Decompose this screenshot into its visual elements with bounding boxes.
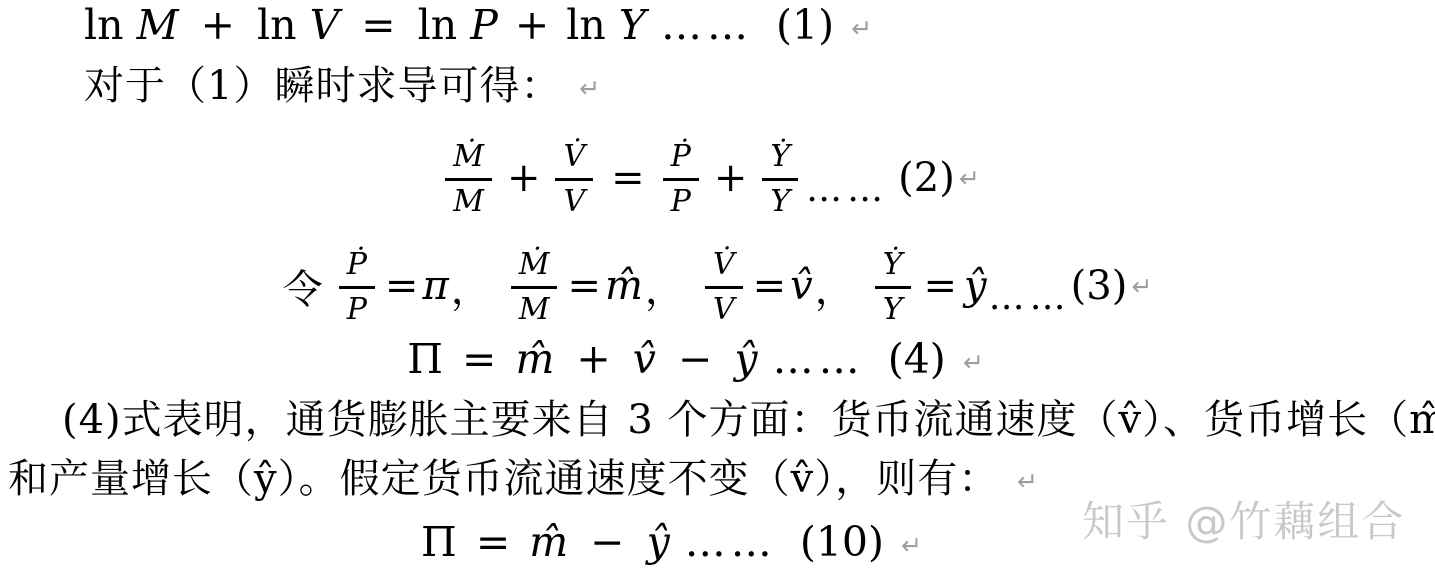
- math-ln: ln: [418, 1, 458, 49]
- dot-leader: ……: [685, 518, 777, 566]
- equals-sign: =: [385, 263, 419, 309]
- math-var-Y: Y: [619, 1, 646, 49]
- fraction-Pdot-over-P: Ṗ P: [663, 139, 699, 217]
- paragraph-text: (4)式表明，通货膨胀主要来自 3 个方面：货币流通速度（v̂）、货币增长（m̂…: [62, 397, 1435, 443]
- equation-number: (4): [888, 335, 946, 383]
- fraction-Vdot-over-V: V̇ V: [705, 247, 743, 325]
- equals-sign: =: [476, 518, 510, 566]
- equals-sign: =: [567, 263, 601, 309]
- paragraph-return-mark: ↵: [1131, 272, 1152, 301]
- equals-sign: =: [924, 263, 958, 309]
- fraction-numerator: V̇: [555, 139, 593, 181]
- intro-sentence: 对于（1）瞬时求导可得： ↵: [84, 62, 601, 110]
- math-var-y-hat: ŷ: [964, 263, 987, 309]
- fraction-numerator: Ṁ: [445, 139, 492, 181]
- math-ln: ln: [84, 1, 124, 49]
- paragraph-return-mark: ↵: [1017, 467, 1039, 496]
- plus-operator: +: [507, 155, 541, 201]
- fraction-Mdot-over-M: Ṁ M: [511, 247, 558, 325]
- comma: ，: [645, 258, 685, 315]
- comma: ，: [451, 258, 491, 315]
- fraction-denominator: Y: [762, 181, 798, 218]
- paragraph-return-mark: ↵: [959, 164, 980, 193]
- equation-4: Π = m̂ + v̂ − ŷ …… (4) ↵: [0, 336, 1413, 383]
- fraction-Pdot-over-P: Ṗ P: [339, 247, 375, 325]
- equals-sign: =: [361, 1, 395, 49]
- fraction-numerator: Ṗ: [663, 139, 699, 181]
- fraction-denominator: V: [705, 289, 743, 326]
- equation-3: 令 Ṗ P = π ， Ṁ M = m̂ ， V̇ V = v̂ ， Ẏ Y =…: [0, 240, 1435, 332]
- equation-number: (3): [1071, 263, 1128, 309]
- fraction-numerator: Ẏ: [762, 139, 798, 181]
- dot-leader: ……: [661, 1, 753, 49]
- zhihu-watermark: 知乎 @竹藕组合: [1082, 489, 1405, 549]
- math-var-m-hat: m̂: [515, 335, 554, 383]
- fraction-Mdot-over-M: Ṁ M: [445, 139, 492, 217]
- plus-operator: +: [714, 155, 748, 201]
- plus-operator: +: [201, 1, 235, 49]
- math-var-m-hat: m̂: [605, 263, 643, 309]
- intro-sentence-text: 对于（1）瞬时求导可得：: [84, 63, 561, 109]
- plus-operator: +: [515, 1, 549, 49]
- math-var-y-hat: ŷ: [647, 518, 670, 566]
- cn-let-word: 令: [283, 258, 323, 315]
- equation-number: (2): [898, 155, 955, 201]
- math-var-V: V: [310, 1, 340, 49]
- math-var-pi: π: [422, 263, 448, 309]
- minus-operator: −: [590, 518, 624, 566]
- fraction-numerator: Ẏ: [875, 247, 911, 289]
- fraction-denominator: M: [511, 289, 558, 326]
- math-var-m-hat: m̂: [529, 518, 568, 566]
- equation-number: (10): [800, 518, 884, 566]
- watermark-text: 知乎 @竹藕组合: [1082, 497, 1405, 546]
- math-var-Pi: Π: [407, 335, 443, 383]
- dot-leader: ……: [806, 169, 888, 224]
- math-var-Pi: Π: [421, 518, 457, 566]
- fraction-Ydot-over-Y: Ẏ Y: [875, 247, 911, 325]
- minus-operator: −: [678, 335, 712, 383]
- fraction-denominator: V: [555, 181, 593, 218]
- fraction-numerator: V̇: [705, 247, 743, 289]
- math-ln: ln: [257, 1, 297, 49]
- paragraph-line-2: 和产量增长（ŷ）。假定货币流通速度不变（v̂），则有： ↵: [8, 455, 1039, 503]
- fraction-numerator: Ṁ: [511, 247, 558, 289]
- equals-sign: =: [753, 263, 787, 309]
- equation-2: Ṁ M + V̇ V = Ṗ P + Ẏ Y …… (2) ↵: [0, 132, 1427, 224]
- fraction-Ydot-over-Y: Ẏ Y: [762, 139, 798, 217]
- fraction-Vdot-over-V: V̇ V: [555, 139, 593, 217]
- math-var-v-hat: v̂: [633, 335, 656, 383]
- paragraph-return-mark: ↵: [901, 531, 922, 560]
- fraction-denominator: P: [663, 181, 699, 218]
- equation-number: (1): [776, 1, 834, 49]
- equation-1: ln M + ln V = ln P + ln Y …… (1) ↵: [84, 2, 872, 49]
- comma: ，: [815, 258, 855, 315]
- equals-sign: =: [462, 335, 496, 383]
- math-ln: ln: [566, 1, 606, 49]
- paragraph-line-1: (4)式表明，通货膨胀主要来自 3 个方面：货币流通速度（v̂）、货币增长（m̂…: [62, 396, 1435, 444]
- fraction-denominator: P: [339, 289, 375, 326]
- dot-leader: ……: [989, 277, 1071, 332]
- fraction-denominator: Y: [875, 289, 911, 326]
- dot-leader: ……: [773, 335, 865, 383]
- plus-operator: +: [576, 335, 610, 383]
- math-var-M: M: [137, 1, 179, 49]
- math-var-y-hat: ŷ: [734, 335, 757, 383]
- paragraph-return-mark: ↵: [851, 14, 872, 43]
- fraction-numerator: Ṗ: [339, 247, 375, 289]
- math-var-v-hat: v̂: [790, 263, 813, 309]
- paragraph-return-mark: ↵: [579, 74, 601, 103]
- paragraph-text: 和产量增长（ŷ）。假定货币流通速度不变（v̂），则有：: [8, 456, 999, 502]
- paragraph-return-mark: ↵: [963, 348, 984, 377]
- fraction-denominator: M: [445, 181, 492, 218]
- math-var-P: P: [470, 1, 498, 49]
- equals-sign: =: [611, 155, 645, 201]
